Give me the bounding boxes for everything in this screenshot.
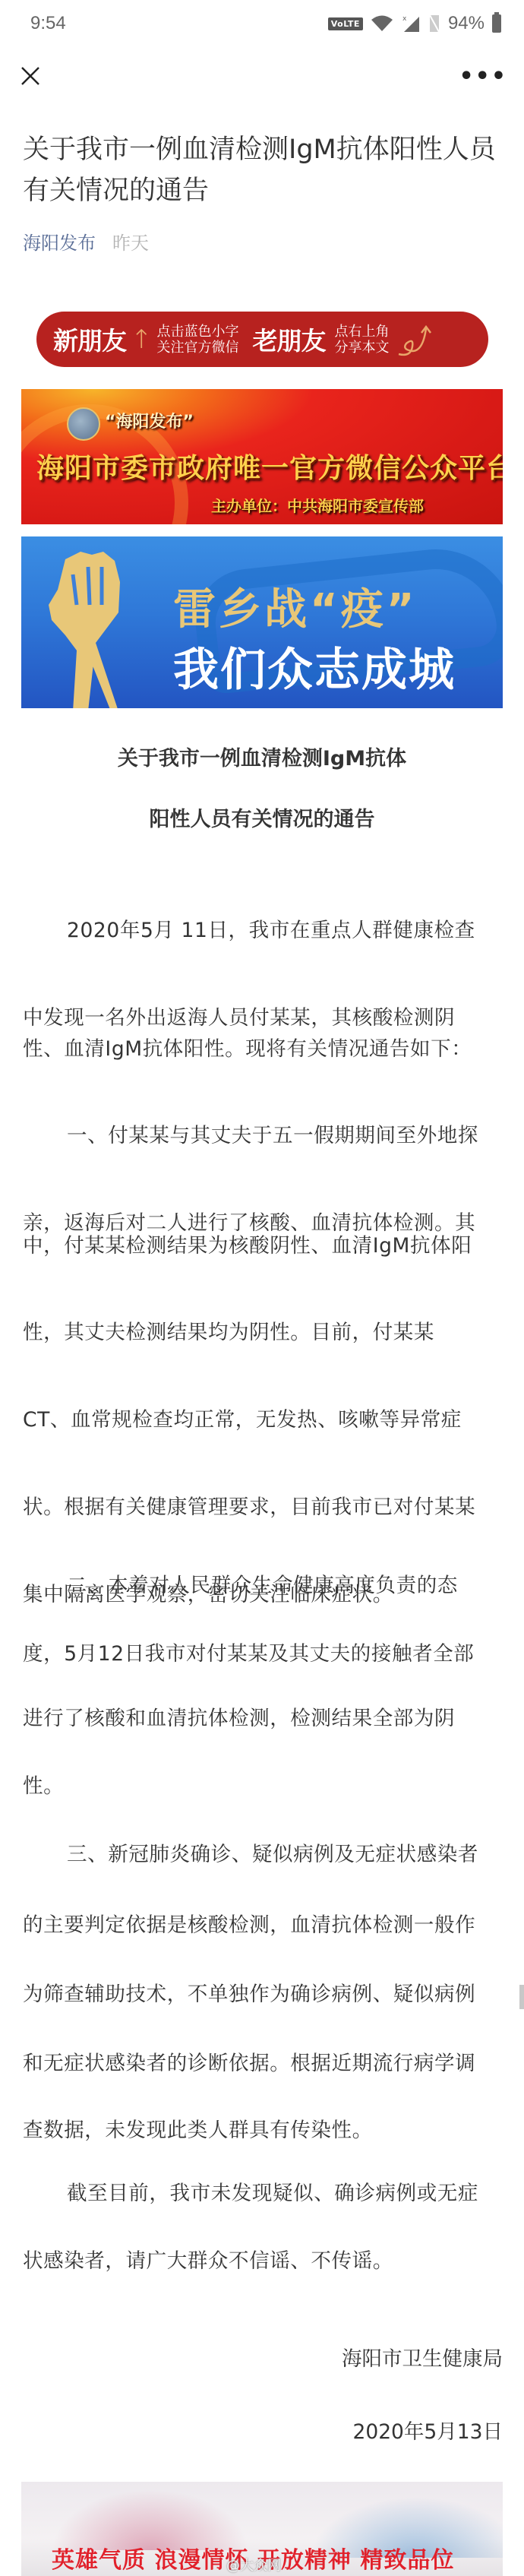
paragraph-line: 一、付某某与其丈夫于五一假期期间至外地探 xyxy=(67,1119,503,1148)
paragraph-line: 的主要判定依据是核酸检测，血清抗体检测一般作 xyxy=(23,1908,503,1938)
city-banner: 英雄气质 浪漫情怀 开放精神 精致品位 @大众网 xyxy=(21,2482,503,2576)
banner-sub-text: 主办单位：中共海阳市委宣传部 xyxy=(211,494,424,516)
paragraph-line: 性，其丈夫检测结果均为阴性。目前，付某某 xyxy=(23,1315,503,1345)
paragraph-line: 为筛查辅助技术，不单独作为确诊病例、疑似病例 xyxy=(23,1977,503,2007)
campaign-banner: 雷乡战“疫” 我们众志成城 xyxy=(21,536,503,708)
paragraph-line: 查数据，未发现此类人群具有传染性。 xyxy=(23,2113,503,2143)
haiyang-logo-icon xyxy=(67,407,100,441)
banner-brand: “海阳发布” xyxy=(105,409,194,432)
paragraph-line: 状。根据有关健康管理要求，目前我市已对付某某 xyxy=(23,1490,503,1520)
nav-bar: ••• xyxy=(0,53,524,99)
content-heading-line-1: 关于我市一例血清检测IgM抗体 xyxy=(0,742,524,771)
signature-org: 海阳市卫生健康局 xyxy=(342,2342,503,2372)
paragraph-line: 性、血清IgM抗体阳性。现将有关情况通告如下： xyxy=(23,1032,503,1062)
watermark: @大众网 xyxy=(226,2555,281,2574)
old-friend-label: 老朋友 xyxy=(253,321,326,357)
paragraph-line: 状感染者，请广大群众不信谣、不传谣。 xyxy=(23,2244,503,2274)
battery-percent: 94% xyxy=(448,13,485,34)
signal-icon: x xyxy=(401,14,421,33)
more-icon: ••• xyxy=(459,63,507,90)
old-hint-line-2: 分享本文 xyxy=(335,340,390,356)
official-account-banner: “海阳发布” 海阳市委市政府唯一官方微信公众平台 主办单位：中共海阳市委宣传部 xyxy=(21,389,503,524)
old-friend-hint: 点右上角 分享本文 xyxy=(335,324,390,356)
paragraph-line: CT、血常规检查均正常，无发热、咳嗽等异常症 xyxy=(23,1403,503,1432)
arrow-up-icon: ↑ xyxy=(131,324,153,355)
campaign-line-2: 我们众志成城 xyxy=(173,634,456,699)
paragraph-line: 和无症状感染者的诊断依据。根据近期流行病学调 xyxy=(23,2046,503,2076)
volte-icon: VoLTE xyxy=(328,17,363,30)
curl-arrow-icon xyxy=(396,321,432,359)
signature-date: 2020年5月13日 xyxy=(352,2415,503,2445)
paragraph-line: 2020年5月 11日，我市在重点人群健康检查 xyxy=(67,913,503,943)
paragraph-line: 中，付某某检测结果为核酸阴性、血清IgM抗体阳 xyxy=(23,1229,503,1258)
svg-text:x: x xyxy=(402,15,407,23)
new-friend-label: 新朋友 xyxy=(53,321,126,357)
paragraph-line: 截至目前，我市未发现疑似、确诊病例或无症 xyxy=(67,2176,503,2206)
scrollbar-thumb[interactable] xyxy=(519,1985,524,2009)
status-icons: VoLTE x 94% xyxy=(328,13,501,34)
new-hint-line-1: 点击蓝色小字 xyxy=(157,324,239,340)
author-link[interactable]: 海阳发布 xyxy=(23,228,96,255)
battery-icon xyxy=(492,14,501,33)
article-title: 关于我市一例血清检测IgM抗体阳性人员有关情况的通告 xyxy=(23,129,501,211)
close-button[interactable] xyxy=(15,61,46,91)
follow-banner: 新朋友 ↑ 点击蓝色小字 关注官方微信 老朋友 点右上角 分享本文 xyxy=(36,312,488,367)
more-button[interactable]: ••• xyxy=(459,63,507,90)
close-icon xyxy=(20,65,41,87)
paragraph-line: 度，5月12日我市对付某某及其丈夫的接触者全部 xyxy=(23,1637,503,1666)
paragraph-line: 中发现一名外出返海人员付某某，其核酸检测阴 xyxy=(23,1001,503,1030)
paragraph-line: 性。 xyxy=(23,1769,503,1799)
banner-main-text: 海阳市委市政府唯一官方微信公众平台 xyxy=(36,447,503,486)
sim-icon xyxy=(428,14,440,33)
article-meta: 海阳发布 昨天 xyxy=(23,228,149,255)
raised-fist-icon xyxy=(35,544,134,708)
paragraph-line: 进行了核酸和血清抗体检测，检测结果全部为阴 xyxy=(23,1701,503,1731)
paragraph-line: 三、新冠肺炎确诊、疑似病例及无症状感染者 xyxy=(67,1837,503,1867)
content-heading-line-2: 阳性人员有关情况的通告 xyxy=(0,802,524,832)
wifi-icon xyxy=(371,14,393,33)
old-hint-line-1: 点右上角 xyxy=(335,324,390,340)
campaign-line-1: 雷乡战“疫” xyxy=(173,576,418,637)
status-bar: 9:54 VoLTE x 94% xyxy=(0,0,524,47)
paragraph-line: 二、本着对人民群众生命健康高度负责的态 xyxy=(67,1568,503,1598)
new-hint-line-2: 关注官方微信 xyxy=(157,340,239,356)
new-friend-hint: 点击蓝色小字 关注官方微信 xyxy=(157,324,239,356)
publish-time: 昨天 xyxy=(112,228,149,255)
status-time: 9:54 xyxy=(30,13,66,34)
